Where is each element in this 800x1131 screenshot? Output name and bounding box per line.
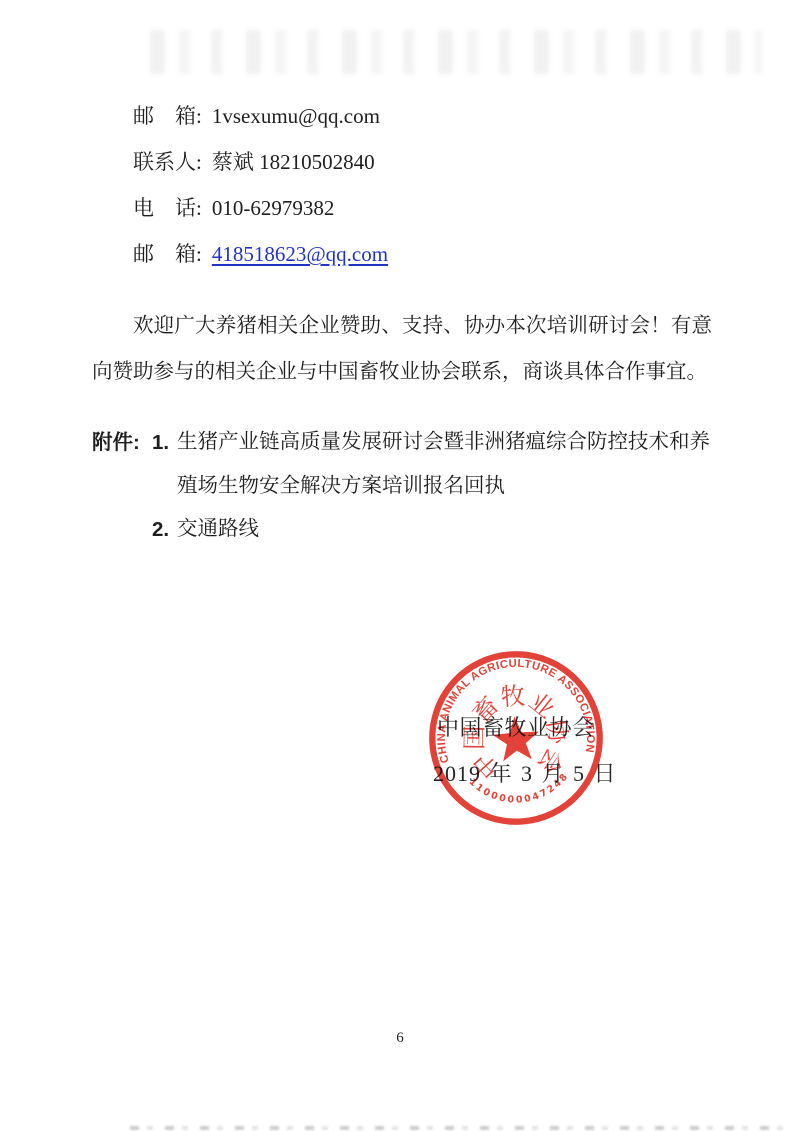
contact-line-email-1: 邮 箱:1vsexumu@qq.com [133,93,388,139]
bleed-through-artifact-top [150,30,762,74]
contact-value-phone: 010-62979382 [212,196,335,220]
document-page: 邮 箱:1vsexumu@qq.com 联系人:蔡斌 18210502840 电… [0,0,800,1131]
contact-line-phone: 电 话:010-62979382 [133,185,388,231]
official-seal-stamp: CHINA ANIMAL AGRICULTURE ASSOCIATION 110… [420,642,612,834]
contact-label: 邮 箱: [133,242,202,266]
attachment-item-2: 2. 交通路线 [152,508,718,552]
attachment-item-1: 1. 生猪产业链高质量发展研讨会暨非洲猪瘟综合防控技术和养殖场生物安全解决方案培… [152,421,710,508]
star-icon [491,715,540,762]
bleed-through-artifact-bottom [130,1126,792,1130]
attachments-label: 附件: [92,421,152,465]
contact-label: 电 话: [133,196,202,220]
attachment-number: 2. [152,508,177,552]
contact-line-person: 联系人:蔡斌 18210502840 [133,139,388,185]
email-link[interactable]: 418518623@qq.com [212,242,388,266]
attachment-text: 交通路线 [177,508,710,552]
contact-info-block: 邮 箱:1vsexumu@qq.com 联系人:蔡斌 18210502840 电… [133,93,388,277]
contact-value-person: 蔡斌 18210502840 [212,150,375,174]
contact-label: 邮 箱: [133,104,202,128]
contact-label: 联系人: [133,150,202,174]
attachments-section: 附件: 1. 生猪产业链高质量发展研讨会暨非洲猪瘟综合防控技术和养殖场生物安全解… [92,421,718,552]
contact-value-email: 1vsexumu@qq.com [212,104,380,128]
attachment-text: 生猪产业链高质量发展研讨会暨非洲猪瘟综合防控技术和养殖场生物安全解决方案培训报名… [177,421,710,508]
attachment-number: 1. [152,421,177,465]
contact-line-email-2: 邮 箱:418518623@qq.com [133,231,388,277]
page-number: 6 [0,1030,800,1047]
welcome-paragraph: 欢迎广大养猪相关企业赞助、支持、协办本次培训研讨会！有意向赞助参与的相关企业与中… [92,304,712,395]
